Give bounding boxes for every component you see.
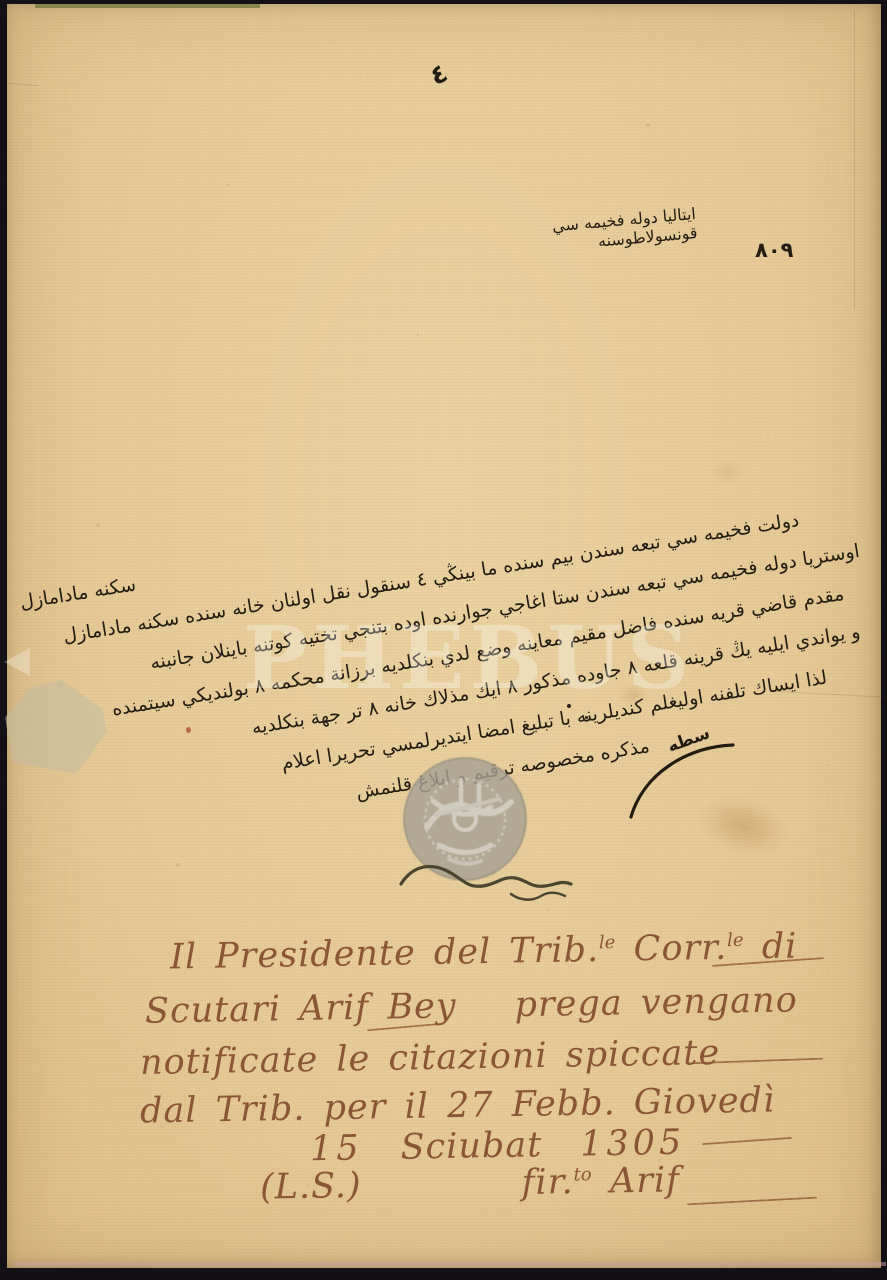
pen-flourish <box>702 1137 792 1145</box>
hand-gap <box>457 1016 515 1017</box>
fold-crease-vertical <box>854 10 855 310</box>
top-filing-mark: ٤ <box>425 58 452 92</box>
ottoman-header-address: ايتاليا دوله فخيمه سي قونسولاطوسنه <box>466 204 698 262</box>
photo-backdrop: ٤ ايتاليا دوله فخيمه سي قونسولاطوسنه ٨٠٩… <box>0 0 887 1280</box>
paper-edge-sliver <box>35 4 260 8</box>
italian-line-signature: (L.S.)fir.to Arif <box>260 1160 681 1207</box>
fold-crease-left <box>7 83 39 87</box>
signature-under-seal-icon <box>393 854 583 909</box>
document-number: ٨٠٩ <box>755 238 793 262</box>
hand-gap <box>362 1194 522 1197</box>
italian-line-president: Il Presidente del Trib.le Corr.le di <box>170 927 798 978</box>
paper-edge-tint <box>14 1262 886 1266</box>
document-page: ٤ ايتاليا دوله فخيمه سي قونسولاطوسنه ٨٠٩… <box>7 4 881 1268</box>
hand-gap <box>542 1156 580 1157</box>
paper-foxing-spots <box>7 4 9 6</box>
pen-flourish-signature <box>687 1197 817 1206</box>
italian-line-scutari: Scutari Arif Beyprega vengano <box>145 980 798 1031</box>
italian-line-notificate: notificate le citazioni spiccate <box>140 1033 721 1083</box>
hand-gap <box>363 1159 401 1160</box>
